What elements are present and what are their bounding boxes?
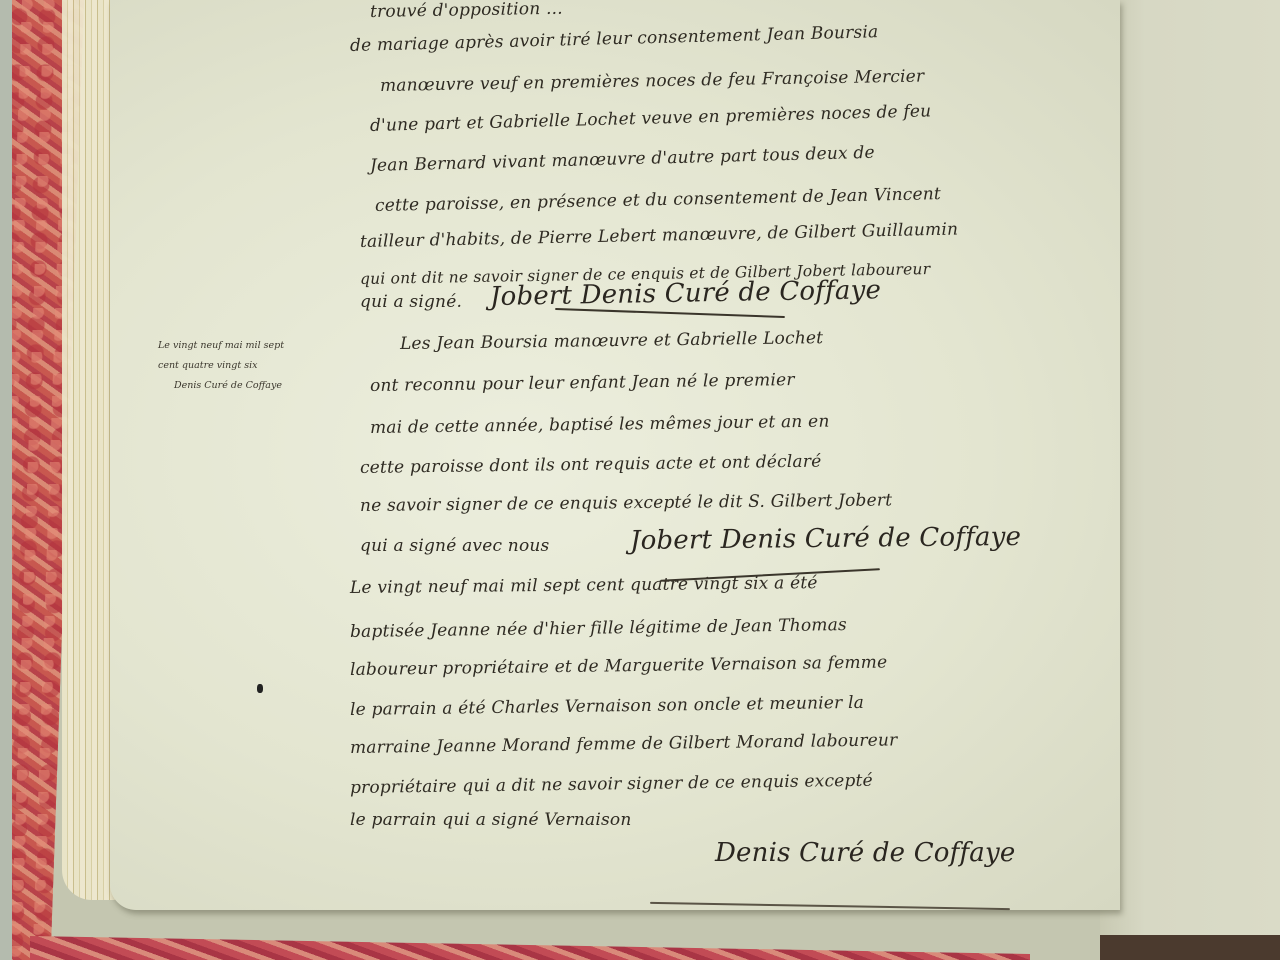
document-photo: Le vingt neuf mai mil sept cent quatre v… [0,0,1280,960]
margin-note-line: Denis Curé de Coffaye [158,376,358,396]
ink-blot [257,684,263,693]
entry-line: trouvé d'opposition ... [370,0,563,22]
facing-page [1100,0,1280,935]
entry-line: qui a signé. [360,292,462,312]
facing-page-shadow [1100,935,1280,960]
background-gap [0,0,12,960]
book-cover-bottom [30,920,1030,960]
entry-line: qui a signé avec nous [360,536,549,556]
signature: Jobert Denis Curé de Coffaye [630,522,1021,556]
margin-note-line: cent quatre vingt six [158,356,358,376]
margin-note: Le vingt neuf mai mil sept cent quatre v… [158,336,358,396]
entry-line: le parrain qui a signé Vernaison [350,810,632,830]
margin-note-line: Le vingt neuf mai mil sept [158,336,358,356]
signature: Denis Curé de Coffaye [715,838,1015,868]
